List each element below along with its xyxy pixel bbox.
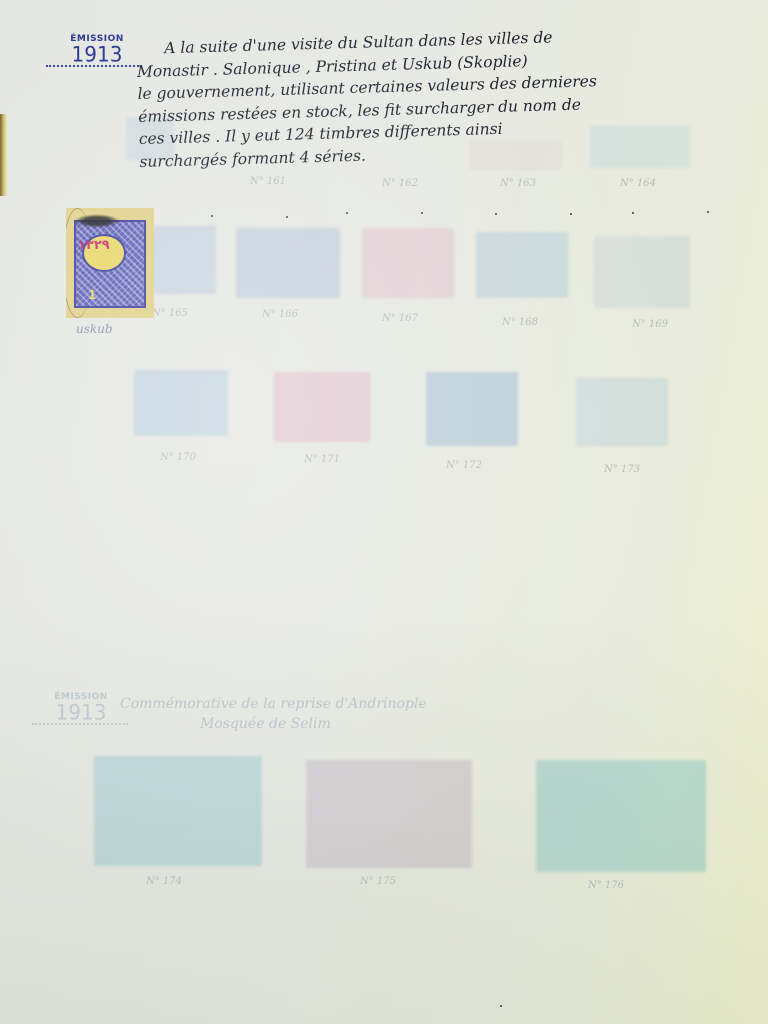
ghost-label: N° 171	[304, 454, 340, 465]
ghost-stamp-165	[150, 226, 216, 294]
ghost-stamp-172	[426, 372, 518, 446]
ghost-label: N° 166	[262, 309, 298, 320]
hinge-dot	[495, 213, 497, 215]
hinge-dot	[286, 216, 288, 218]
ghost-label: N° 174	[146, 876, 182, 887]
ghost-stamp-169	[594, 236, 690, 308]
hinge-dot	[570, 213, 572, 215]
ghost-label: N° 168	[502, 317, 538, 328]
ghost-stamp-171	[274, 372, 370, 442]
emission-year-stamp: ÉMISSION 1913	[70, 34, 124, 67]
ghost-stamp-170	[134, 370, 228, 436]
ghost-emission-year: 1913	[54, 702, 108, 723]
ghost-label: N° 165	[152, 308, 188, 319]
handwritten-description: A la suite d'une visite du Sultan dans l…	[136, 22, 700, 173]
ghost-section-title: Commémorative de la reprise d'Andrinople…	[120, 694, 540, 734]
ghost-stamp-174	[94, 756, 262, 866]
album-page: N° 161 N° 162 N° 163 N° 164 ÉMISSION 191…	[0, 0, 768, 1024]
ghost-stamp-176	[536, 760, 706, 872]
uskub-overprint-stamp: ١٣٢٩ 1	[66, 208, 154, 318]
ghost-title-line: Mosquée de Selim	[120, 714, 540, 734]
emission-year: 1913	[70, 44, 124, 65]
ghost-stamp-167	[362, 228, 454, 298]
ghost-emission-stamp: ÉMISSION 1913	[54, 692, 108, 725]
postmark-cancel	[62, 208, 93, 318]
hinge-dot	[500, 1005, 502, 1007]
ghost-label: N° 167	[382, 313, 418, 324]
ghost-label: N° 176	[588, 880, 624, 891]
ghost-label: N° 173	[604, 464, 640, 475]
ghost-stamp-166	[236, 228, 340, 298]
ghost-label: N° 161	[250, 176, 286, 187]
hinge-dot	[211, 215, 213, 217]
ghost-label: N° 164	[620, 178, 656, 189]
ghost-label: N° 170	[160, 452, 196, 463]
ghost-stamp-173	[576, 378, 668, 446]
hinge-dot	[707, 211, 709, 213]
ghost-label: N° 169	[632, 319, 668, 330]
ghost-label: N° 163	[500, 178, 536, 189]
stamp-caption: uskub	[76, 322, 113, 336]
hinge-dot	[421, 212, 423, 214]
ghost-label: N° 172	[446, 460, 482, 471]
ghost-stamp-175	[306, 760, 472, 868]
hinge-dot	[346, 212, 348, 214]
binder-ring-edge	[0, 114, 7, 196]
ghost-label: N° 175	[360, 876, 396, 887]
hinge-dot	[632, 212, 634, 214]
ghost-label: N° 162	[382, 178, 418, 189]
ghost-stamp-168	[476, 232, 568, 298]
ghost-title-line: Commémorative de la reprise d'Andrinople	[120, 694, 540, 714]
